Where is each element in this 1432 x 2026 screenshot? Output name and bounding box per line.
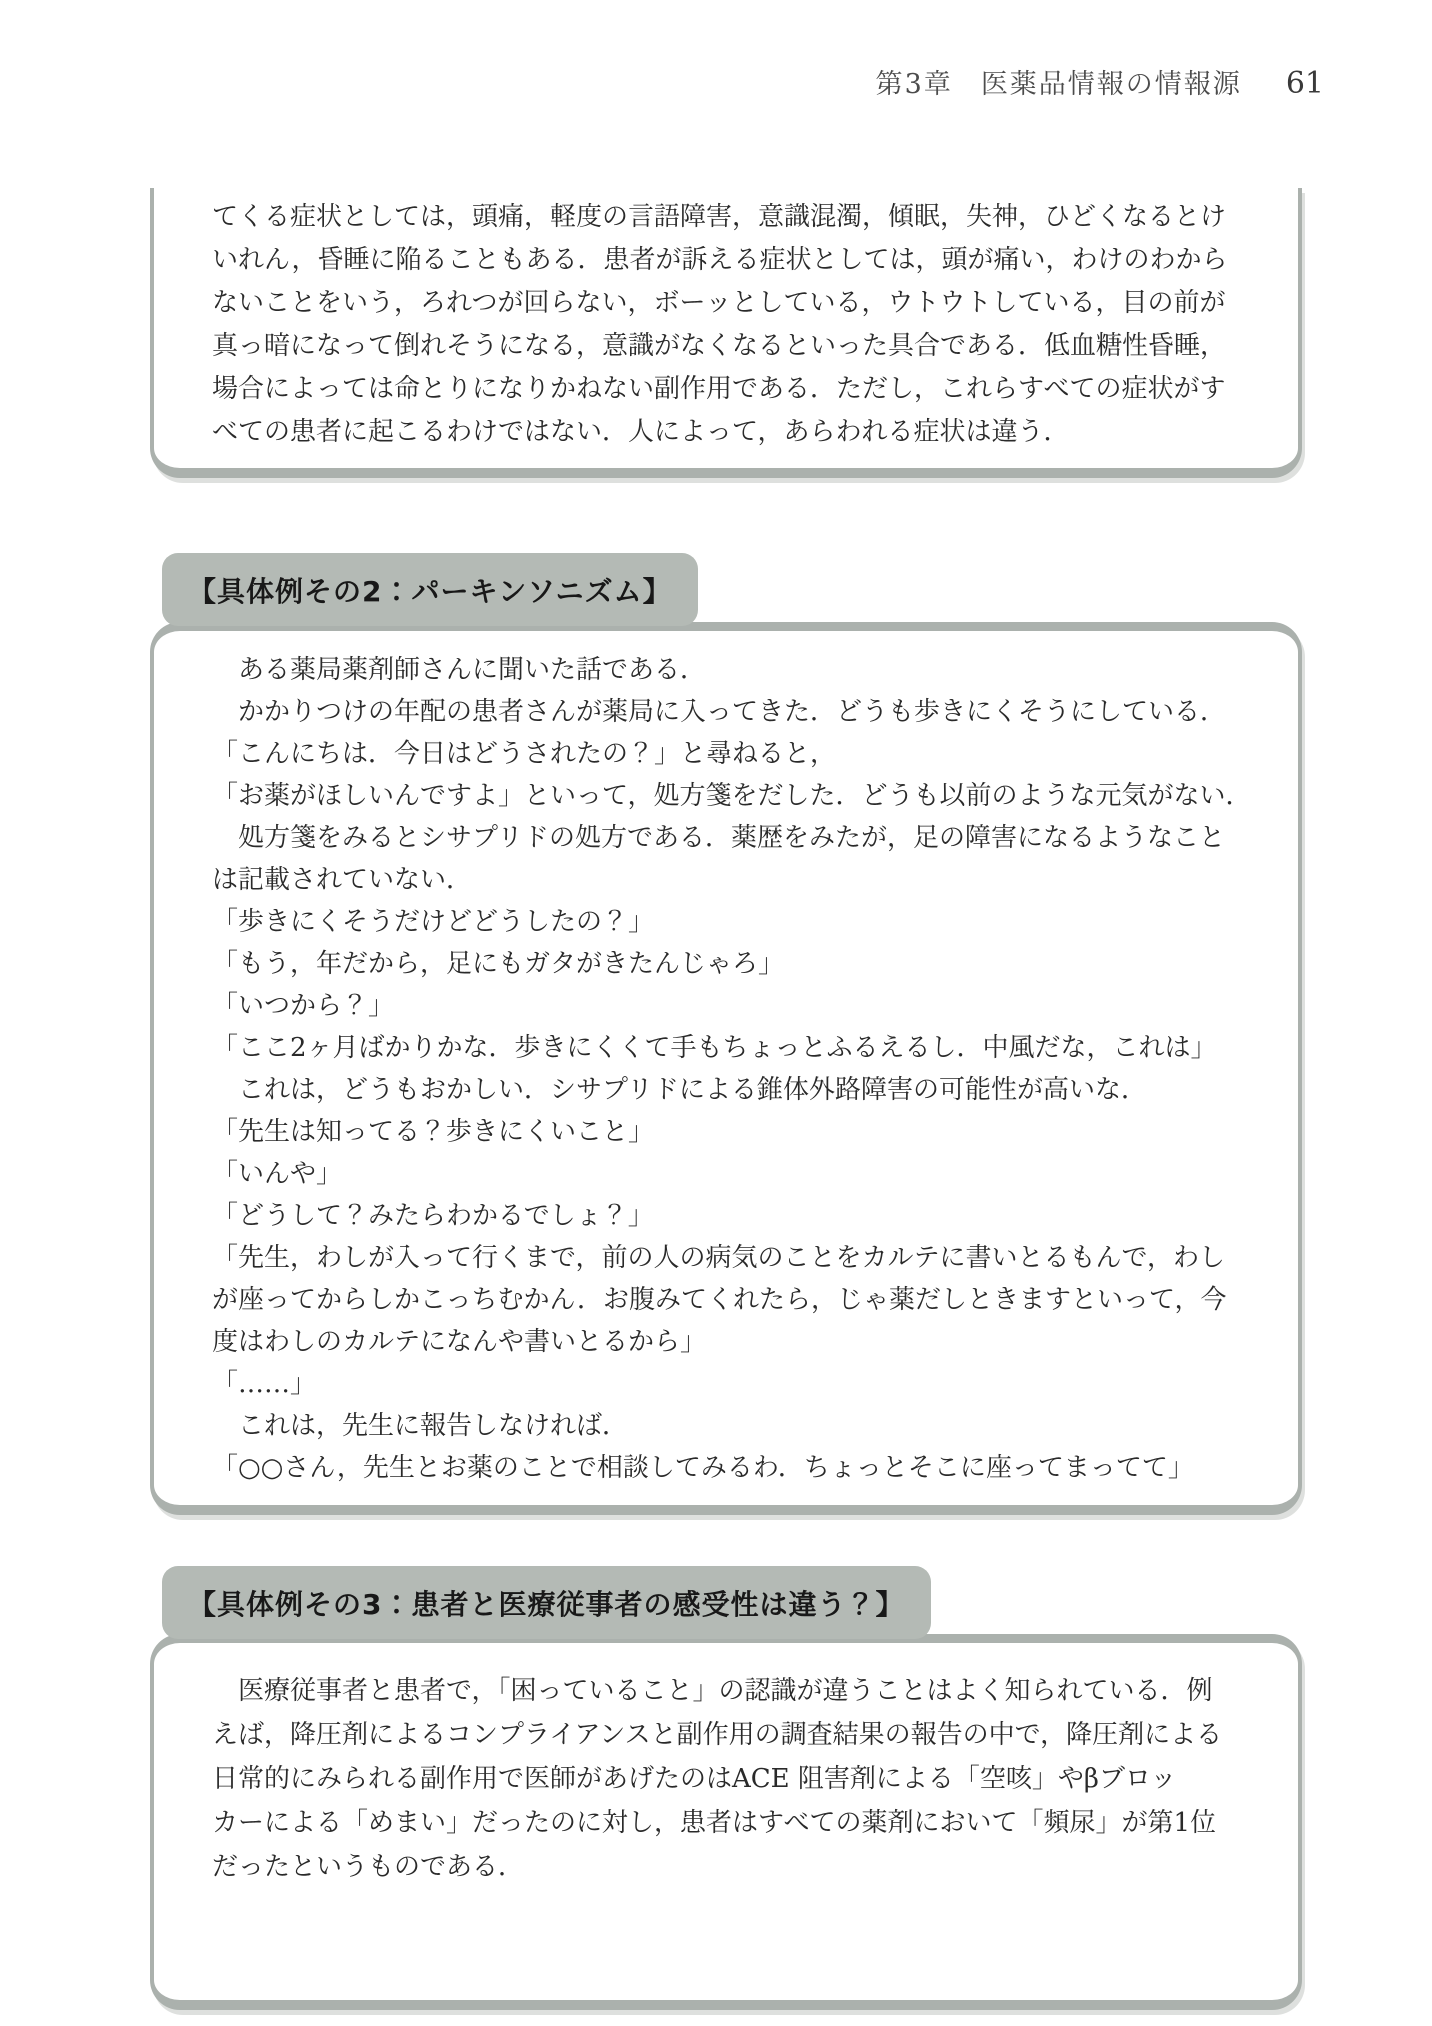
text-line: が座ってからしかこっちむかん．お腹みてくれたら，じゃ薬だしときますといって，今 [212,1279,1246,1321]
text-line: 日常的にみられる副作用で医師があげたのはACE 阻害剤による「空咳」やβブロッ [212,1757,1246,1801]
book-page: 第3章 医薬品情報の情報源 61 てくる症状としては，頭痛，軽度の言語障害，意識… [0,0,1432,2026]
text-line: 真っ暗になって倒れそうになる，意識がなくなるといった具合である．低血糖性昏睡， [212,325,1246,368]
text-line: えば，降圧剤によるコンプライアンスと副作用の調査結果の報告の中で，降圧剤による [212,1713,1246,1757]
text-line: 医療従事者と患者で，「困っていること」の認識が違うことはよく知られている．例 [212,1669,1246,1713]
example2-box-lines: ある薬局薬剤師さんに聞いた話である． かかりつけの年配の患者さんが薬局に入ってき… [212,649,1246,1489]
section-tab-label: 【具体例その2：パーキンソニズム】 [188,570,672,610]
text-line: は記載されていない． [212,859,1246,901]
text-line: べての患者に起こるわけではない．人によって，あらわれる症状は違う． [212,411,1246,454]
running-head: 第3章 医薬品情報の情報源 61 [876,62,1324,101]
text-line: 「こんにちは．今日はどうされたの？」と尋ねると， [212,733,1246,775]
text-line: かかりつけの年配の患者さんが薬局に入ってきた．どうも歩きにくそうにしている． [212,691,1246,733]
text-line: 「歩きにくそうだけどどうしたの？」 [212,901,1246,943]
text-line: 場合によっては命とりになりかねない副作用である．ただし，これらすべての症状がす [212,368,1246,411]
continuation-box: てくる症状としては，頭痛，軽度の言語障害，意識混濁，傾眠，失神，ひどくなるとけい… [150,188,1302,478]
chapter-title: 医薬品情報の情報源 [981,62,1242,101]
example3-box: 医療従事者と患者で，「困っていること」の認識が違うことはよく知られている．例えば… [150,1634,1302,2010]
example2-box: ある薬局薬剤師さんに聞いた話である． かかりつけの年配の患者さんが薬局に入ってき… [150,622,1302,1515]
text-line: カーによる「めまい」だったのに対し，患者はすべての薬剤において「頻尿」が第1位 [212,1801,1246,1845]
section-tab-example2: 【具体例その2：パーキンソニズム】 [162,553,698,626]
text-line: 「お薬がほしいんですよ」といって，処方箋をだした．どうも以前のような元気がない． [212,775,1246,817]
text-line: ある薬局薬剤師さんに聞いた話である． [212,649,1246,691]
continuation-box-lines: てくる症状としては，頭痛，軽度の言語障害，意識混濁，傾眠，失神，ひどくなるとけい… [212,196,1246,454]
text-line: 「どうして？みたらわかるでしょ？」 [212,1195,1246,1237]
text-line: 「先生は知ってる？歩きにくいこと」 [212,1111,1246,1153]
text-line: 「いつから？」 [212,985,1246,1027]
text-line: ないことをいう，ろれつが回らない，ボーッとしている，ウトウトしている，目の前が [212,282,1246,325]
section-tab-example3: 【具体例その3：患者と医療従事者の感受性は違う？】 [162,1566,931,1639]
text-line: てくる症状としては，頭痛，軽度の言語障害，意識混濁，傾眠，失神，ひどくなるとけ [212,196,1246,239]
text-line: 「○○さん，先生とお薬のことで相談してみるわ．ちょっとそこに座ってまってて」 [212,1447,1246,1489]
text-line: 「いんや」 [212,1153,1246,1195]
text-line: だったというものである． [212,1845,1246,1889]
text-line: 処方箋をみるとシサプリドの処方である．薬歴をみたが，足の障害になるようなこと [212,817,1246,859]
text-line: これは，先生に報告しなければ． [212,1405,1246,1447]
text-line: これは，どうもおかしい．シサプリドによる錐体外路障害の可能性が高いな． [212,1069,1246,1111]
text-line: いれん，昏睡に陥ることもある．患者が訴える症状としては，頭が痛い，わけのわから [212,239,1246,282]
example3-box-lines: 医療従事者と患者で，「困っていること」の認識が違うことはよく知られている．例えば… [212,1669,1246,1889]
text-line: 「……」 [212,1363,1246,1405]
chapter-label: 第3章 [876,62,953,101]
section-tab-label: 【具体例その3：患者と医療従事者の感受性は違う？】 [188,1583,905,1623]
page-number: 61 [1286,66,1324,101]
text-line: 度はわしのカルテになんや書いとるから」 [212,1321,1246,1363]
text-line: 「もう，年だから，足にもガタがきたんじゃろ」 [212,943,1246,985]
text-line: 「ここ2ヶ月ばかりかな．歩きにくくて手もちょっとふるえるし．中風だな，これは」 [212,1027,1246,1069]
text-line: 「先生，わしが入って行くまで，前の人の病気のことをカルテに書いとるもんで，わし [212,1237,1246,1279]
